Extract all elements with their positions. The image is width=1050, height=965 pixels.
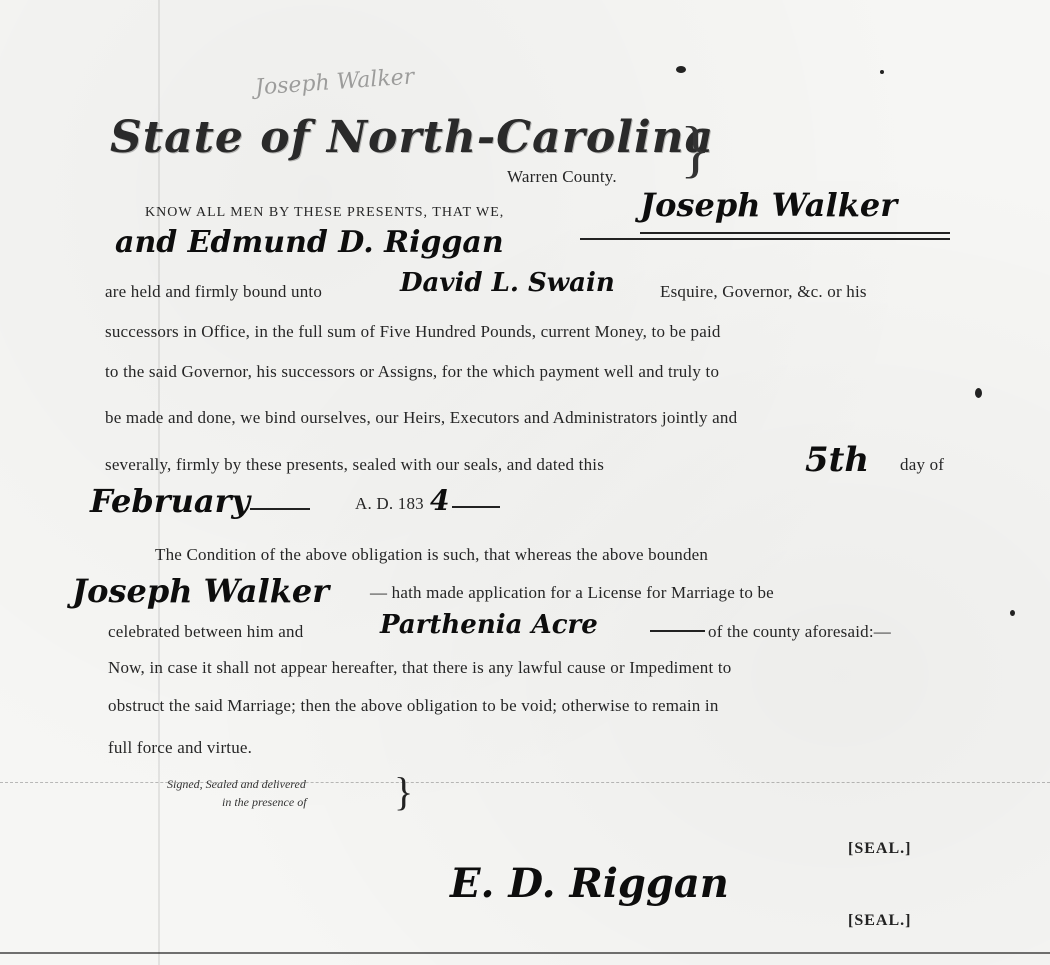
condition-line-print: The Condition of the above obligation is… [155, 545, 708, 565]
applicant-name-handwritten: Joseph Walker [72, 572, 329, 610]
principal-name-handwritten: Joseph Walker [640, 186, 897, 224]
line-10-print: — hath made application for a License fo… [370, 583, 774, 603]
document-page: Joseph Walker State of North-Carolina } … [0, 0, 1050, 965]
fill-line [650, 630, 705, 632]
fill-line [640, 232, 950, 234]
year-prefix-print: A. D. 183 [355, 494, 424, 514]
line-7-print: severally, firmly by these presents, sea… [105, 455, 604, 475]
county-label: Warren County. [507, 167, 617, 187]
line-6-print: be made and done, we bind ourselves, our… [105, 408, 737, 428]
seal-2: [SEAL.] [848, 912, 911, 930]
ink-speck [880, 70, 884, 74]
witness-label-2: in the presence of [222, 795, 307, 810]
line-3-print-a: are held and firmly bound unto [105, 282, 322, 302]
line-3-print-b: Esquire, Governor, &c. or his [660, 282, 867, 302]
line-11-print-b: of the county aforesaid:— [708, 622, 891, 642]
line-12-print: Now, in case it shall not appear hereaft… [108, 658, 731, 678]
line-14-print: full force and virtue. [108, 738, 252, 758]
ink-speck [676, 66, 686, 73]
bride-name-handwritten: Parthenia Acre [380, 610, 598, 640]
governor-name-handwritten: David L. Swain [400, 268, 615, 298]
month-handwritten: February [90, 482, 250, 520]
line-11-print-a: celebrated between him and [108, 622, 303, 642]
line-1-print: KNOW ALL MEN BY THESE PRESENTS, THAT WE, [145, 205, 504, 221]
witness-label-1: Signed, Sealed and delivered [167, 777, 306, 792]
day-handwritten: 5th [805, 440, 869, 480]
signature: E. D. Riggan [450, 860, 729, 907]
surety-name-handwritten: and Edmund D. Riggan [115, 225, 504, 260]
fill-line [452, 506, 500, 508]
line-5-print: to the said Governor, his successors or … [105, 362, 719, 382]
ink-speck [975, 388, 982, 398]
witness-brace: } [394, 768, 413, 815]
year-digit-handwritten: 4 [430, 484, 449, 517]
fill-line [580, 238, 950, 240]
line-13-print: obstruct the said Marriage; then the abo… [108, 696, 719, 716]
seal-1: [SEAL.] [848, 840, 911, 858]
fill-line [250, 508, 310, 510]
bleed-through-text: Joseph Walker [254, 64, 415, 100]
ink-speck [1010, 610, 1015, 616]
document-title: State of North-Carolina [110, 112, 714, 163]
fold-crease-horizontal [0, 782, 1050, 784]
line-4-print: successors in Office, in the full sum of… [105, 322, 721, 342]
page-bottom-edge [0, 952, 1050, 954]
line-7-print-b: day of [900, 455, 944, 475]
brace-mark: } [680, 112, 711, 186]
